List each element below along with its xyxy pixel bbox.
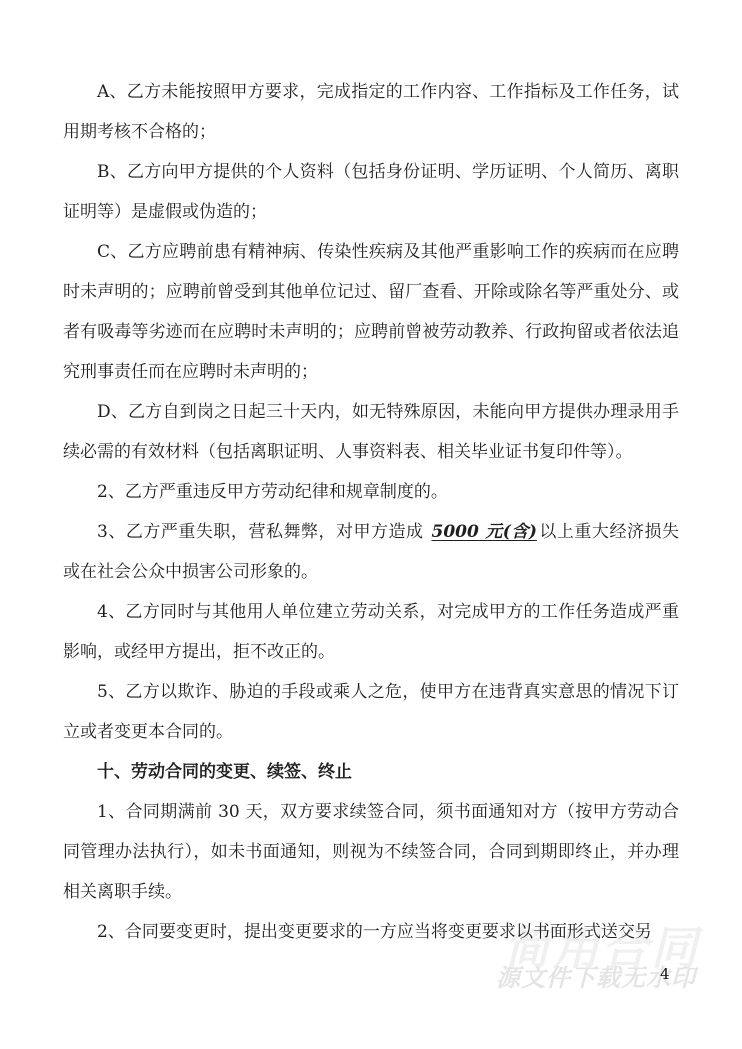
clause-3: 3、乙方严重失职，营私舞弊，对甲方造成 5000 元(含)以上重大经济损失或在社… (63, 512, 679, 592)
amount-emphasis: 5000 元(含) (430, 522, 539, 542)
clause-5: 5、乙方以欺诈、胁迫的手段或乘人之危，使甲方在违背真实意思的情况下订立或者变更本… (63, 672, 679, 752)
clause-d: D、乙方自到岗之日起三十天内，如无特殊原因，未能向甲方提供办理录用手续必需的有效… (63, 392, 679, 472)
clause-a: A、乙方未能按照甲方要求，完成指定的工作内容、工作指标及工作任务，试用期考核不合… (63, 72, 679, 152)
section-clause-2: 2、合同要变更时，提出变更要求的一方应当将变更要求以书面形式送交另 (63, 912, 679, 952)
clause-c: C、乙方应聘前患有精神病、传染性疾病及其他严重影响工作的疾病而在应聘时未声明的；… (63, 232, 679, 392)
document-page: 简用合同 源文件下载无水印 A、乙方未能按照甲方要求，完成指定的工作内容、工作指… (0, 0, 742, 1049)
contract-body: A、乙方未能按照甲方要求，完成指定的工作内容、工作指标及工作任务，试用期考核不合… (63, 72, 679, 952)
clause-2: 2、乙方严重违反甲方劳动纪律和规章制度的。 (63, 472, 679, 512)
clause-b: B、乙方向甲方提供的个人资料（包括身份证明、学历证明、个人简历、离职证明等）是虚… (63, 152, 679, 232)
section-heading: 十、劳动合同的变更、续签、终止 (63, 752, 679, 792)
clause-4: 4、乙方同时与其他用人单位建立劳动关系，对完成甲方的工作任务造成严重影响，或经甲… (63, 592, 679, 672)
section-clause-1: 1、合同期满前 30 天，双方要求续签合同，须书面通知对方（按甲方劳动合同管理办… (63, 792, 679, 912)
page-number: 4 (660, 965, 670, 983)
clause-3-prefix: 3、乙方严重失职，营私舞弊，对甲方造成 (97, 522, 430, 542)
